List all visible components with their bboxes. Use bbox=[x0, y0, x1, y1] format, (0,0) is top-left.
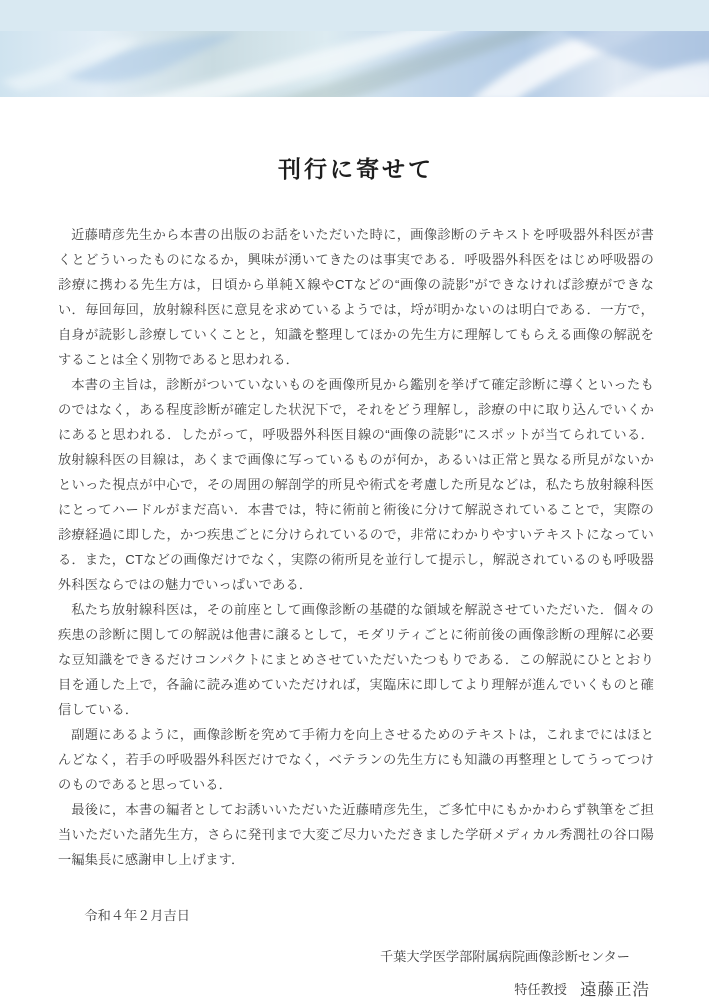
date-line: 令和４年２月吉日 bbox=[58, 903, 654, 928]
preface-page: 刊行に寄せて 近藤晴彦先生から本書の出版のお話をいただいた時に，画像診断のテキス… bbox=[0, 0, 709, 1000]
paragraph: 最後に，本書の編者としてお誘いいただいた近藤晴彦先生，ご多忙中にもかかわらず執筆… bbox=[58, 797, 654, 872]
affiliation-line: 千葉大学医学部附属病院画像診断センター bbox=[58, 944, 654, 969]
paragraph: 本書の主旨は，診断がついていないものを画像所見から鑑別を挙げて確定診断に導くとい… bbox=[58, 372, 654, 597]
signer-title: 特任教授 bbox=[514, 982, 567, 997]
paragraph: 副題にあるように，画像診断を究めて手術力を向上させるためのテキストは，これまでに… bbox=[58, 722, 654, 797]
preface-text: 近藤晴彦先生から本書の出版のお話をいただいた時に，画像診断のテキストを呼吸器外科… bbox=[58, 222, 654, 872]
signature-line: 特任教授遠藤正浩 bbox=[58, 976, 654, 1000]
paragraph: 私たち放射線科医は，その前座として画像診断の基礎的な領域を解説させていただいた．… bbox=[58, 597, 654, 722]
page-title: 刊行に寄せて bbox=[58, 151, 654, 184]
header-fabric-photo bbox=[0, 31, 709, 97]
document-content: 刊行に寄せて 近藤晴彦先生から本書の出版のお話をいただいた時に，画像診断のテキス… bbox=[0, 151, 709, 1000]
signer-name: 遠藤正浩 bbox=[580, 981, 650, 999]
header-color-strip bbox=[0, 0, 709, 31]
paragraph: 近藤晴彦先生から本書の出版のお話をいただいた時に，画像診断のテキストを呼吸器外科… bbox=[58, 222, 654, 372]
